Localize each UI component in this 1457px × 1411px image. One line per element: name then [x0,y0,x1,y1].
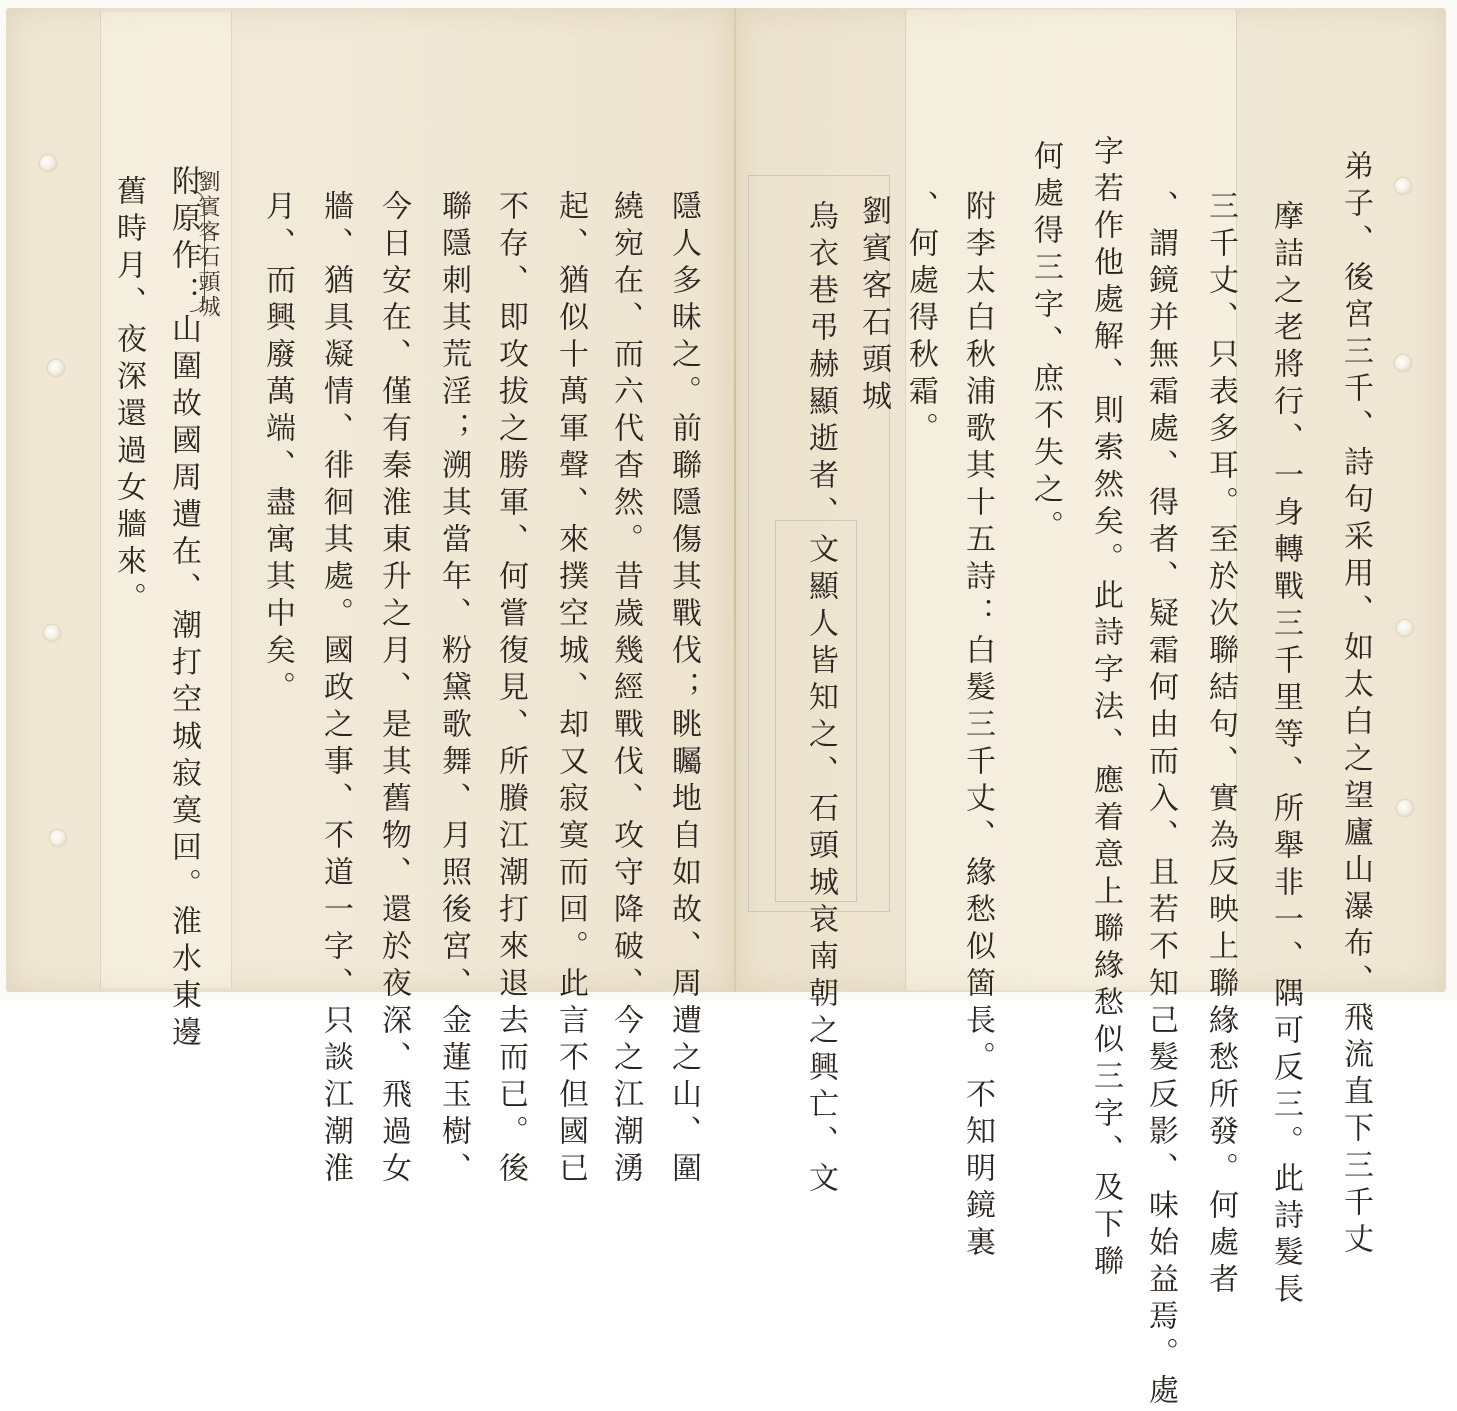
binding-hole [40,155,56,171]
text-column: 聯隱刺其荒淫；溯其當年、粉黛歌舞、月照後宮、金蓮玉樹、 [438,190,468,1000]
text-column: 起、猶似十萬軍聲、來撲空城、却又寂寞而回。此言不但國已 [555,190,585,1000]
text-column: 隱人多昧之。前聯隱傷其戰伐；眺矚地自如故、周遭之山、圍 [668,190,698,1000]
center-fold [734,8,736,992]
text-column: 摩詰之老將行、一身轉戰三千里等、所舉非一、隅可反三。此詩髮長 [1270,200,1300,1000]
binding-hole [1397,620,1413,636]
insertion-bracket [190,190,205,312]
binding-hole [1395,355,1411,371]
text-column: 、何處得秋霜。 [905,190,935,449]
text-column: 不存、即攻拔之勝軍、何嘗復見、所賸江潮打來退去而已。後 [495,190,525,1000]
binding-hole [48,360,64,376]
text-column: 今日安在、僅有秦淮東升之月、是其舊物、還於夜深、飛過女 [378,190,408,1000]
binding-hole [1397,800,1413,816]
text-column: 附李太白秋浦歌其十五詩：白髮三千丈、緣愁似箇長。不知明鏡裏 [962,190,992,1000]
text-column: 何處得三字、庶不失之。 [1030,140,1060,547]
text-column: 繞宛在、而六代杳然。昔歲幾經戰伐、攻守降破、今之江潮湧 [610,190,640,1000]
binding-hole [50,830,66,846]
paste-strip [905,10,1237,990]
text-column: 月、而興廢萬端、盡寓其中矣。 [262,190,292,708]
section-heading: 劉賓客石頭城 [858,195,888,417]
binding-hole [44,625,60,641]
text-column: 弟子、後宮三千、詩句采用、如太白之望廬山瀑布、飛流直下三千丈 [1340,150,1370,1000]
text-column: 舊時月、夜深還過女牆來。 [113,175,143,619]
text-column: 牆、猶具凝情、徘徊其處。國政之事、不道一字、只談江潮淮 [320,190,350,1000]
text-column: 三千丈、只表多耳。至於次聯結句、實為反映上聯緣愁所發。何處者 [1205,190,1235,1000]
document-spread: 弟子、後宮三千、詩句采用、如太白之望廬山瀑布、飛流直下三千丈 摩詰之老將行、一身… [0,0,1457,1000]
text-column: 字若作他處解、則索然矣。此詩字法、應着意上聯緣愁似三字、及下聯 [1090,135,1120,1000]
text-column: 烏衣巷弔赫顯逝者、文顯人皆知之、石頭城哀南朝之興亡、文 [805,200,835,1000]
binding-hole [1395,178,1411,194]
text-column: 、謂鏡并無霜處、得者、疑霜何由而入、且若不知己髮反影、味始益焉。處 [1145,190,1175,1000]
